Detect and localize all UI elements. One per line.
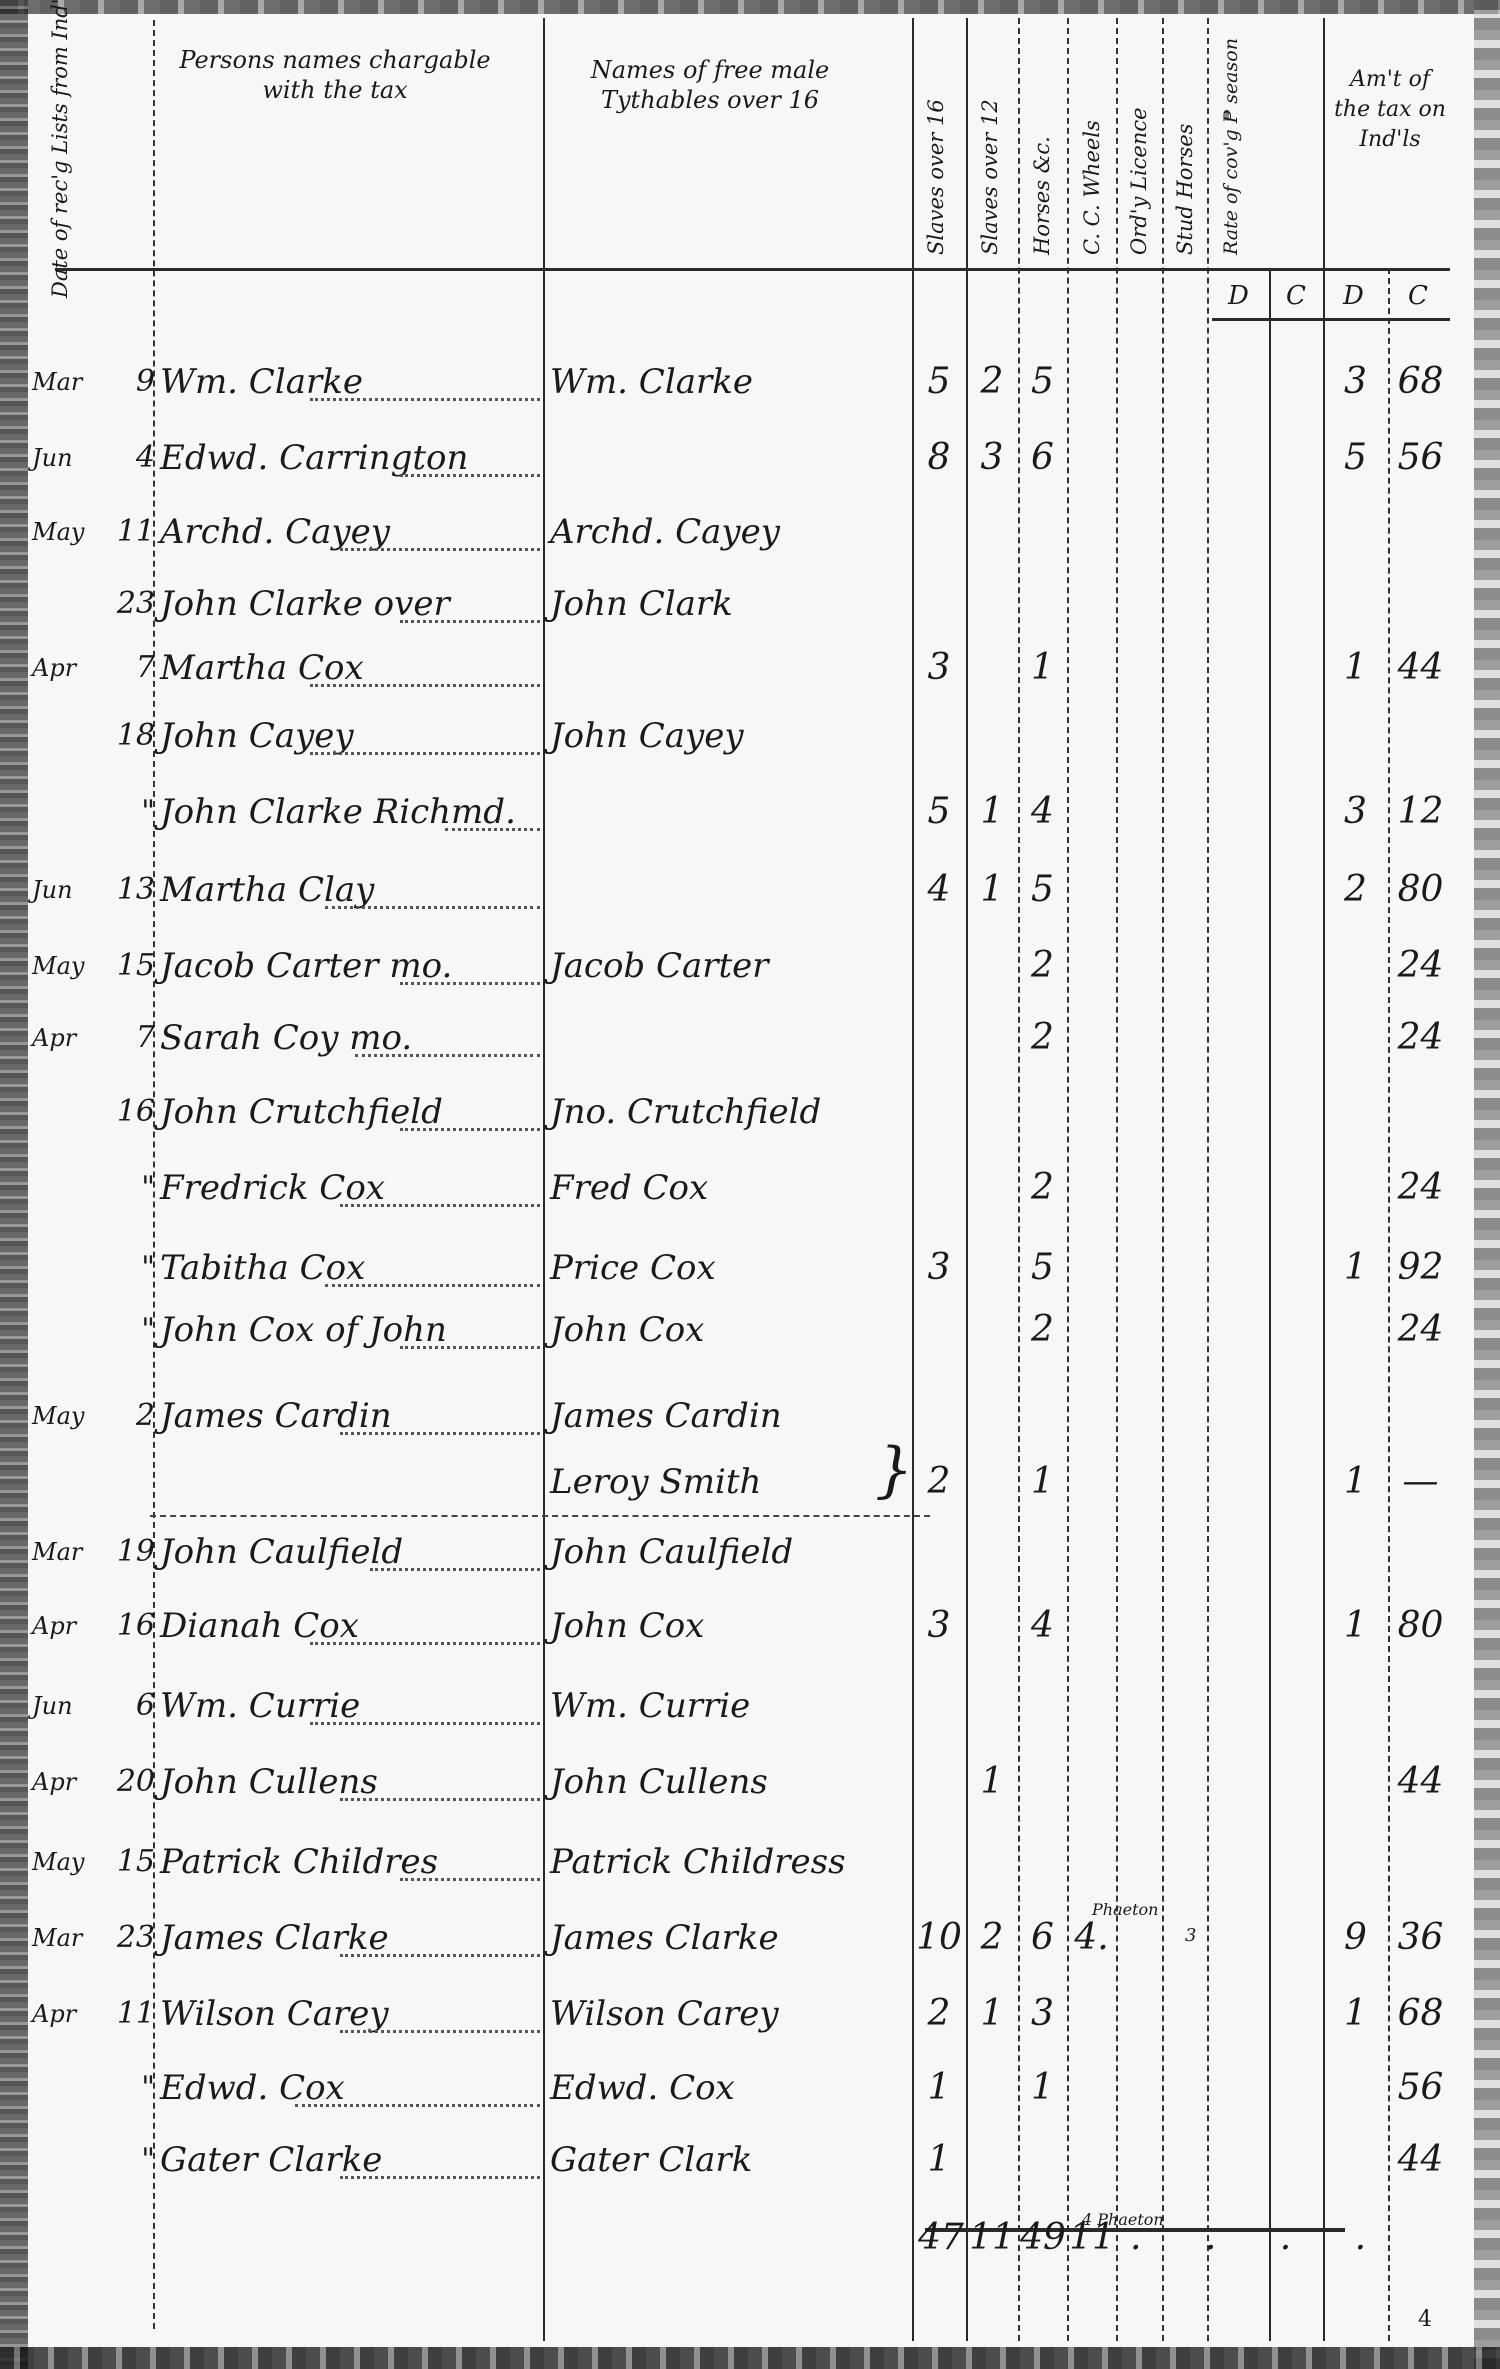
- row-amount-cents: 24: [1388, 946, 1453, 986]
- header-rate: Rate of cov'g ₱ season: [1220, 38, 1242, 255]
- row-slaves-16: 4: [912, 870, 966, 910]
- row-amount-cents: 92: [1388, 1248, 1453, 1288]
- row-slaves-16: 5: [912, 362, 966, 402]
- header-stud: Stud Horses: [1173, 124, 1197, 255]
- row-person-name: John Crutchfield: [160, 1092, 540, 1132]
- row-amount-dollars: 3: [1323, 362, 1388, 402]
- total-wheels: 11: [1067, 2218, 1117, 2258]
- row-slaves-12: 1: [966, 792, 1018, 832]
- row-day: 7: [110, 1018, 155, 1058]
- total-slaves-12: 11: [966, 2218, 1018, 2258]
- row-person-name: Martha Cox: [160, 648, 540, 688]
- row-amount-cents: 44: [1388, 2140, 1453, 2180]
- row-tythable-name: John Cox: [550, 1606, 910, 1646]
- page-edge-left: [0, 0, 28, 2369]
- row-month: Jun: [32, 438, 102, 478]
- row-month: Jun: [32, 870, 102, 910]
- row-tythable-name: Jno. Crutchfield: [550, 1092, 910, 1132]
- row-person-name: James Cardin: [160, 1396, 540, 1436]
- row-amount-dollars: 1: [1323, 1248, 1388, 1288]
- row-wheels: 4.: [1067, 1918, 1116, 1958]
- subheader-rule: [1212, 318, 1450, 321]
- leader-dots: [325, 1284, 540, 1287]
- row-day: 15: [110, 946, 155, 986]
- row-tythable-name: James Clarke: [550, 1918, 910, 1958]
- leader-dots: [400, 1878, 540, 1881]
- row-amount-cents: 44: [1388, 648, 1453, 688]
- row-amount-cents: 56: [1388, 438, 1453, 478]
- rule-col-7: [1207, 18, 1209, 2341]
- row-slaves-16: 1: [912, 2068, 966, 2108]
- page-edge-top: [0, 0, 1500, 14]
- header-date: Date of rec'g Lists from Ind'ls: [48, 0, 72, 298]
- row-horses: 2: [1018, 1310, 1067, 1350]
- row-tythable-name: John Cayey: [550, 716, 910, 756]
- row-person-name: John Clarke Richmd.: [160, 792, 540, 832]
- row-month: Apr: [32, 1018, 102, 1058]
- row-slaves-12: 1: [966, 870, 1018, 910]
- row-month: May: [32, 1396, 102, 1436]
- row-tythable-name: James Cardin: [550, 1396, 910, 1436]
- row-amount-dollars: 1: [1323, 648, 1388, 688]
- row-day: 2: [110, 1396, 155, 1436]
- row-person-name: Wm. Currie: [160, 1686, 540, 1726]
- row-horses: 4: [1018, 1606, 1067, 1646]
- row-amount-cents: 68: [1388, 1994, 1453, 2034]
- row-horses: 3: [1018, 1994, 1067, 2034]
- row-slaves-12: 3: [966, 438, 1018, 478]
- leader-dots: [370, 1568, 540, 1571]
- leader-dots: [400, 982, 540, 985]
- row-tythable-name: John Caulfield: [550, 1532, 910, 1572]
- leader-dots: [355, 1054, 540, 1057]
- total-slaves-16: 47: [915, 2218, 967, 2258]
- row-amount-cents: 56: [1388, 2068, 1453, 2108]
- sub-c2: C: [1408, 276, 1428, 316]
- row-amount-dollars: 1: [1323, 1994, 1388, 2034]
- row-month: Apr: [32, 1606, 102, 1646]
- annotation-phaeton: Phaeton: [1092, 1900, 1158, 1919]
- row-tythable-name: Price Cox: [550, 1248, 910, 1288]
- sub-d2: D: [1343, 276, 1364, 316]
- row-horses: 5: [1018, 870, 1067, 910]
- row-amount-dollars: 5: [1323, 438, 1388, 478]
- leader-dots: [310, 1722, 540, 1725]
- row-day: 13: [110, 870, 155, 910]
- row-person-name: Wm. Clarke: [160, 362, 540, 402]
- row-tythable-name: Wilson Carey: [550, 1994, 910, 2034]
- page-edge-bottom: [0, 2347, 1500, 2369]
- row-person-name: Gater Clarke: [160, 2140, 540, 2180]
- row-month: Apr: [32, 1762, 102, 1802]
- brace-cardin-smith: }: [875, 1440, 913, 1500]
- row-person-name: Martha Clay: [160, 870, 540, 910]
- row-person-name: Edwd. Cox: [160, 2068, 540, 2108]
- row-tythable-name: Gater Clark: [550, 2140, 910, 2180]
- row-tythable-name: Leroy Smith: [550, 1462, 910, 1502]
- row-day: 18: [110, 716, 155, 756]
- row-amount-cents: 44: [1388, 1762, 1453, 1802]
- leader-dots: [340, 2030, 540, 2033]
- row-person-name: John Clarke over: [160, 584, 540, 624]
- row-person-name: Archd. Cayey: [160, 512, 540, 552]
- header-wheels: C. C. Wheels: [1080, 120, 1104, 255]
- row-day: ": [110, 2068, 155, 2108]
- row-tythable-name: Edwd. Cox: [550, 2068, 910, 2108]
- row-month: Apr: [32, 648, 102, 688]
- row-tythable-name: Wm. Clarke: [550, 362, 910, 402]
- row-tythable-name: Archd. Cayey: [550, 512, 910, 552]
- rule-name-tythable: [543, 18, 545, 2341]
- row-slaves-16: 1: [912, 2140, 966, 2180]
- row-amount-cents: 80: [1388, 870, 1453, 910]
- row-day: 4: [110, 438, 155, 478]
- leader-dots: [310, 398, 540, 401]
- row-day: 23: [110, 1918, 155, 1958]
- row-day: 19: [110, 1532, 155, 1572]
- row-person-name: John Caulfield: [160, 1532, 540, 1572]
- row-tythable-name: John Clark: [550, 584, 910, 624]
- row-month: Apr: [32, 1994, 102, 2034]
- row-day: 11: [110, 512, 155, 552]
- row-amount-dollars: 2: [1323, 870, 1388, 910]
- leader-dots: [400, 1128, 540, 1131]
- rule-col-8: [1269, 268, 1271, 2341]
- leader-dots: [400, 474, 540, 477]
- row-tythable-name: Fred Cox: [550, 1168, 910, 1208]
- leader-dots: [310, 684, 540, 687]
- row-slaves-12: 2: [966, 1918, 1018, 1958]
- row-person-name: John Cayey: [160, 716, 540, 756]
- row-tythable-name: Jacob Carter: [550, 946, 910, 986]
- page-edge-right: [1474, 0, 1500, 2369]
- row-horses: 5: [1018, 362, 1067, 402]
- row-day: ": [110, 1310, 155, 1350]
- sub-c1: C: [1286, 276, 1306, 316]
- row-horses: 2: [1018, 1168, 1067, 1208]
- row-day: ": [110, 792, 155, 832]
- row-day: ": [110, 1248, 155, 1288]
- row-day: 11: [110, 1994, 155, 2034]
- leader-dots: [295, 2104, 540, 2107]
- row-month: May: [32, 512, 102, 552]
- header-ordinary: Ord'y Licence: [1127, 107, 1151, 255]
- row-slaves-12: 1: [966, 1994, 1018, 2034]
- row-slaves-16: 2: [912, 1994, 966, 2034]
- row-day: ": [110, 1168, 155, 1208]
- row-amount-cents: 24: [1388, 1168, 1453, 1208]
- row-slaves-12: 2: [966, 362, 1018, 402]
- row-amount-cents: —: [1388, 1462, 1453, 1502]
- row-tythable-name: Wm. Currie: [550, 1686, 910, 1726]
- ledger-page: Date of rec'g Lists from Ind'ls Persons …: [0, 0, 1500, 2369]
- row-person-name: Fredrick Cox: [160, 1168, 540, 1208]
- leader-dots: [310, 752, 540, 755]
- rule-col-6: [1162, 18, 1164, 2341]
- row-horses: 1: [1018, 648, 1067, 688]
- row-month: Mar: [32, 1532, 102, 1572]
- row-slaves-16: 8: [912, 438, 966, 478]
- leader-dots: [340, 2176, 540, 2179]
- annotation-brace-3: 3: [1185, 1925, 1196, 1946]
- row-amount-cents: 12: [1388, 792, 1453, 832]
- page-number: 4: [1418, 2300, 1432, 2340]
- total-dots: . . . .: [1130, 2218, 1392, 2258]
- header-free-males: Names of free male Tythables over 16: [560, 55, 860, 115]
- leader-dots: [445, 828, 540, 831]
- leader-dots: [310, 1642, 540, 1645]
- row-day: 16: [110, 1092, 155, 1132]
- row-amount-cents: 80: [1388, 1606, 1453, 1646]
- row-person-name: Patrick Childres: [160, 1842, 540, 1882]
- row-day: 9: [110, 362, 155, 402]
- header-amount: Am't of the tax on Ind'ls: [1330, 65, 1450, 155]
- leader-dots: [400, 1346, 540, 1349]
- cardin-group-rule: [150, 1515, 930, 1517]
- row-day: ": [110, 2140, 155, 2180]
- row-month: Jun: [32, 1686, 102, 1726]
- row-slaves-16: 10: [912, 1918, 966, 1958]
- row-horses: 4: [1018, 792, 1067, 832]
- header-slaves-12: Slaves over 12: [978, 99, 1002, 255]
- row-month: May: [32, 1842, 102, 1882]
- header-horses: Horses &c.: [1030, 136, 1054, 255]
- leader-dots: [340, 1954, 540, 1957]
- row-month: Mar: [32, 1918, 102, 1958]
- row-slaves-16: 3: [912, 1248, 966, 1288]
- row-horses: 6: [1018, 1918, 1067, 1958]
- row-amount-cents: 68: [1388, 362, 1453, 402]
- row-tythable-name: John Cox: [550, 1310, 910, 1350]
- row-horses: 2: [1018, 946, 1067, 986]
- leader-dots: [340, 1204, 540, 1207]
- row-person-name: Wilson Carey: [160, 1994, 540, 2034]
- row-tythable-name: Patrick Childress: [550, 1842, 910, 1882]
- row-horses: 6: [1018, 438, 1067, 478]
- leader-dots: [325, 906, 540, 909]
- row-person-name: Jacob Carter mo.: [160, 946, 540, 986]
- leader-dots: [340, 548, 540, 551]
- leader-dots: [400, 620, 540, 623]
- row-day: 7: [110, 648, 155, 688]
- row-amount-cents: 24: [1388, 1310, 1453, 1350]
- rule-col-4: [1067, 18, 1069, 2341]
- rule-col-5: [1116, 18, 1118, 2341]
- row-month: May: [32, 946, 102, 986]
- row-slaves-12: 1: [966, 1762, 1018, 1802]
- row-day: 23: [110, 584, 155, 624]
- row-day: 20: [110, 1762, 155, 1802]
- row-slaves-16: 3: [912, 648, 966, 688]
- leader-dots: [340, 1432, 540, 1435]
- leader-dots: [340, 1798, 540, 1801]
- row-amount-dollars: 1: [1323, 1606, 1388, 1646]
- row-amount-cents: 24: [1388, 1018, 1453, 1058]
- row-horses: 2: [1018, 1018, 1067, 1058]
- row-person-name: Edwd. Carrington: [160, 438, 540, 478]
- row-day: 15: [110, 1842, 155, 1882]
- row-person-name: Tabitha Cox: [160, 1248, 540, 1288]
- row-person-name: James Clarke: [160, 1918, 540, 1958]
- header-slaves-16: Slaves over 16: [924, 99, 948, 255]
- row-slaves-16: 2: [912, 1462, 966, 1502]
- row-tythable-name: John Cullens: [550, 1762, 910, 1802]
- row-amount-cents: 36: [1388, 1918, 1453, 1958]
- row-amount-dollars: 1: [1323, 1462, 1388, 1502]
- row-horses: 5: [1018, 1248, 1067, 1288]
- row-amount-dollars: 3: [1323, 792, 1388, 832]
- row-person-name: John Cullens: [160, 1762, 540, 1802]
- row-slaves-16: 5: [912, 792, 966, 832]
- row-horses: 1: [1018, 2068, 1067, 2108]
- sub-d1: D: [1228, 276, 1249, 316]
- row-month: Mar: [32, 362, 102, 402]
- total-horses: 49: [1018, 2218, 1068, 2258]
- row-horses: 1: [1018, 1462, 1067, 1502]
- row-person-name: Sarah Coy mo.: [160, 1018, 540, 1058]
- row-amount-dollars: 9: [1323, 1918, 1388, 1958]
- row-day: 6: [110, 1686, 155, 1726]
- header-persons: Persons names chargable with the tax: [175, 45, 495, 105]
- row-person-name: Dianah Cox: [160, 1606, 540, 1646]
- header-rule: [55, 268, 1450, 271]
- row-slaves-16: 3: [912, 1606, 966, 1646]
- row-person-name: John Cox of John: [160, 1310, 540, 1350]
- row-day: 16: [110, 1606, 155, 1646]
